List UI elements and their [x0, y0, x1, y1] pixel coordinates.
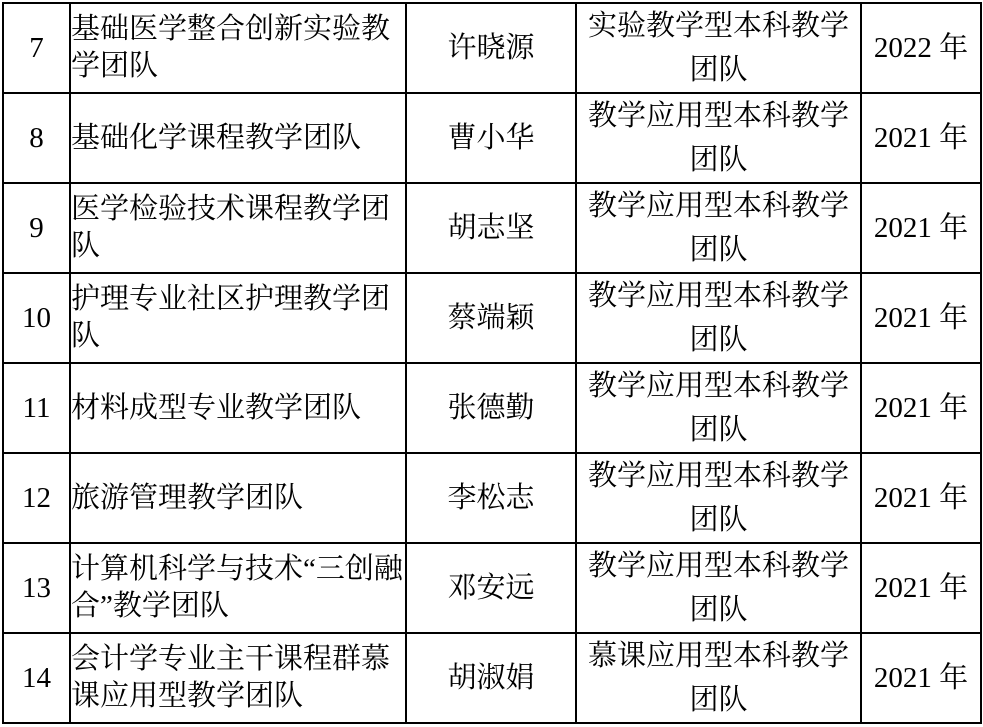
cell-team-type: 教学应用型本科教学 团队	[576, 183, 861, 273]
cell-team-type: 教学应用型本科教学 团队	[576, 273, 861, 363]
cell-row-number: 11	[3, 363, 70, 453]
cell-row-number: 12	[3, 453, 70, 543]
cell-team-type: 教学应用型本科教学 团队	[576, 543, 861, 633]
cell-team-name: 基础化学课程教学团队	[70, 93, 406, 183]
table-row: 8 基础化学课程教学团队 曹小华 教学应用型本科教学 团队 2021 年	[3, 93, 981, 183]
cell-row-number: 8	[3, 93, 70, 183]
cell-team-name: 材料成型专业教学团队	[70, 363, 406, 453]
cell-team-name: 医学检验技术课程教学团 队	[70, 183, 406, 273]
document-page: 7 基础医学整合创新实验教 学团队 许晓源 实验教学型本科教学 团队 2022 …	[0, 0, 983, 727]
cell-team-type: 教学应用型本科教学 团队	[576, 363, 861, 453]
cell-team-name: 计算机科学与技术“三创融 合”教学团队	[70, 543, 406, 633]
table-row: 12 旅游管理教学团队 李松志 教学应用型本科教学 团队 2021 年	[3, 453, 981, 543]
cell-team-type: 实验教学型本科教学 团队	[576, 3, 861, 93]
cell-award-year: 2021 年	[861, 93, 981, 183]
table-row: 11 材料成型专业教学团队 张德勤 教学应用型本科教学 团队 2021 年	[3, 363, 981, 453]
cell-leader-name: 许晓源	[406, 3, 576, 93]
cell-leader-name: 胡淑娟	[406, 633, 576, 723]
cell-team-name: 旅游管理教学团队	[70, 453, 406, 543]
cell-leader-name: 蔡端颖	[406, 273, 576, 363]
cell-leader-name: 曹小华	[406, 93, 576, 183]
cell-row-number: 9	[3, 183, 70, 273]
cell-row-number: 10	[3, 273, 70, 363]
cell-team-name: 护理专业社区护理教学团 队	[70, 273, 406, 363]
table-row: 7 基础医学整合创新实验教 学团队 许晓源 实验教学型本科教学 团队 2022 …	[3, 3, 981, 93]
cell-team-name: 基础医学整合创新实验教 学团队	[70, 3, 406, 93]
cell-award-year: 2021 年	[861, 363, 981, 453]
cell-leader-name: 胡志坚	[406, 183, 576, 273]
cell-team-name: 会计学专业主干课程群慕 课应用型教学团队	[70, 633, 406, 723]
cell-row-number: 7	[3, 3, 70, 93]
cell-award-year: 2021 年	[861, 543, 981, 633]
cell-award-year: 2021 年	[861, 633, 981, 723]
teaching-teams-table: 7 基础医学整合创新实验教 学团队 许晓源 实验教学型本科教学 团队 2022 …	[2, 2, 982, 724]
cell-team-type: 教学应用型本科教学 团队	[576, 453, 861, 543]
cell-award-year: 2021 年	[861, 273, 981, 363]
cell-leader-name: 李松志	[406, 453, 576, 543]
cell-row-number: 13	[3, 543, 70, 633]
cell-leader-name: 张德勤	[406, 363, 576, 453]
table-row: 13 计算机科学与技术“三创融 合”教学团队 邓安远 教学应用型本科教学 团队 …	[3, 543, 981, 633]
cell-team-type: 教学应用型本科教学 团队	[576, 93, 861, 183]
table-row: 9 医学检验技术课程教学团 队 胡志坚 教学应用型本科教学 团队 2021 年	[3, 183, 981, 273]
cell-award-year: 2022 年	[861, 3, 981, 93]
cell-team-type: 慕课应用型本科教学 团队	[576, 633, 861, 723]
cell-award-year: 2021 年	[861, 183, 981, 273]
cell-award-year: 2021 年	[861, 453, 981, 543]
cell-leader-name: 邓安远	[406, 543, 576, 633]
cell-row-number: 14	[3, 633, 70, 723]
table-row: 14 会计学专业主干课程群慕 课应用型教学团队 胡淑娟 慕课应用型本科教学 团队…	[3, 633, 981, 723]
table-row: 10 护理专业社区护理教学团 队 蔡端颖 教学应用型本科教学 团队 2021 年	[3, 273, 981, 363]
